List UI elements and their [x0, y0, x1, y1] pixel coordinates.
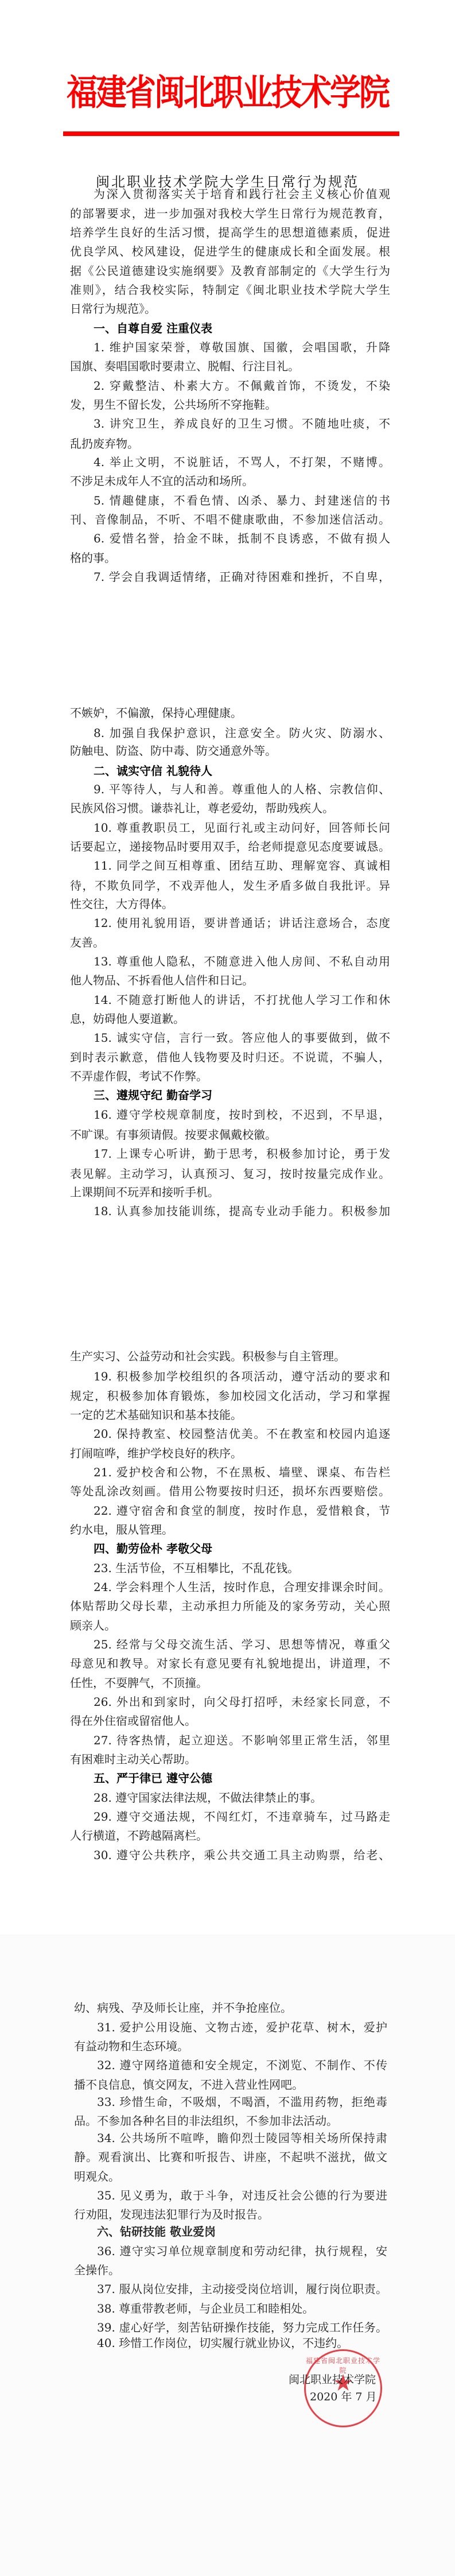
text-line: 37. 服从岗位安排，主动接受岗位培训，履行岗位职责。	[97, 2279, 387, 2299]
text-line: 36. 遵守实习单位规章制度和劳动纪律，执行规程，安	[97, 2241, 387, 2261]
text-line: 28. 遵守国家法律法规，不做法律禁止的事。	[94, 1788, 322, 1807]
text-line: 27. 待客热情，起立迎送。不影响邻里正常生活，邻里	[94, 1731, 390, 1750]
text-line: 优良学风、校风建设，促进学生的健康成长和全面发展。根	[70, 242, 390, 261]
text-line: 19. 积极参加学校组织的各项活动，遵守活动的要求和	[94, 1367, 390, 1386]
text-line: 有困难时主动关心帮助。	[70, 1749, 196, 1769]
text-line: 1. 维护国家荣誉，尊敬国旗、国徽，会唱国歌，升降	[94, 337, 390, 357]
text-line: 不弄虚作假，考试不作弊。	[70, 1066, 208, 1086]
text-line: 29. 遵守交通法规，不闯红灯，不违章骑车，过马路走	[94, 1807, 390, 1826]
text-line: 他人物品、不拆看他人信件和日记。	[70, 971, 254, 990]
text-line: 不嫉妒，不偏激，保持心理健康。	[70, 703, 242, 723]
text-line: 息，妨碍他人要道歉。	[70, 1009, 185, 1029]
text-line: 顾亲人。	[70, 1616, 116, 1635]
text-line: 发，男生不留长发，公共场所不穿拖鞋。	[70, 395, 277, 414]
text-line: 23. 生活节俭，不互相攀比，不乱花钱。	[94, 1558, 299, 1578]
text-line: 18. 认真参加技能训练，提高专业动手能力。积极参加	[94, 1201, 390, 1221]
text-line: 不涉足未成年人不宜的活动和场所。	[70, 471, 254, 491]
section-heading: 三、遵规守纪 勤奋学习	[94, 1085, 212, 1105]
text-line: 有益动物和生态环境。	[74, 2036, 189, 2056]
text-line: 20. 保持教室、校园整洁优美。不在教室和校园内追逐	[94, 1424, 390, 1444]
text-line: 13. 尊重他人隐私，不随意进入他人房间、不私自动用	[94, 952, 390, 971]
text-line: 15. 诚实守信，言行一致。答应他人的事要做到，做不	[94, 1028, 390, 1048]
text-line: 乱扔废弃物。	[70, 434, 139, 453]
text-line: 8. 加强自我保护意识，注意安全。防火灾、防溺水、	[94, 723, 390, 743]
text-line: 性交往，大方得体。	[70, 894, 173, 914]
text-line: 格的事。	[70, 548, 116, 568]
signature-date: 2020 年 7 月	[310, 2388, 377, 2404]
text-line: 17. 上课专心听讲，勤于思考，积极参加讨论，勇于发	[94, 1144, 390, 1163]
section-heading: 一、自尊自爱 注重仪表	[94, 319, 212, 338]
text-line: 待，不欺负同学，不戏弄他人，发生矛盾多做自我批评。异	[70, 876, 390, 895]
text-line: 14. 不随意打断他人的讲话，不打扰他人学习工作和休	[94, 990, 390, 1010]
text-line: 行劝阻，发现违法犯罪行为及时报告。	[74, 2205, 269, 2224]
text-line: 民族风俗习惯。谦恭礼让，尊老爱幼，帮助残疾人。	[70, 798, 334, 818]
text-line: 21. 爱护校舍和公物，不在黑板、墙壁、课桌、布告栏	[94, 1462, 390, 1482]
text-line: 24. 学会料理个人生活，按时作息，合理安排课余时间。	[94, 1577, 390, 1597]
text-line: 10. 尊重教职员工，见面行礼或主动问好，回答师长问	[94, 818, 390, 837]
text-line: 日常行为规范》。	[70, 299, 156, 319]
text-line: 到时表示歉意，借他人钱物要及时归还。不说谎，不骗人，	[70, 1048, 390, 1067]
text-line: 上课期间不玩弄和接听手机。	[70, 1182, 219, 1202]
section-heading: 六、钻研技能 敬业爱岗	[97, 2222, 216, 2241]
text-line: 话要起立，递接物品时要用双手，给老师提意见态度要诚恳。	[70, 837, 390, 856]
text-line: 国旗、奏唱国歌时要肃立、脱帽、行注目礼。	[70, 356, 300, 376]
text-line: 据《公民道德建设实施纲要》及教育部制定的《大学生行为	[70, 261, 390, 281]
text-line: 刊、音像制品，不听、不唱不健康歌曲，不参加迷信活动。	[70, 510, 390, 529]
text-line: 3. 讲究卫生，养成良好的卫生习惯。不随地吐痰，不	[94, 414, 390, 433]
text-line: 任性，不耍脾气，不顶撞。	[70, 1673, 208, 1693]
text-line: 31. 爱护公用设施、文物古迹，爱护花草、树木，爱护	[97, 2018, 387, 2037]
text-line: 7. 学会自我调适情绪，正确对待困难和挫折，不自卑，	[94, 567, 390, 587]
text-line: 等处乱涂改刻画。借用公物要按时归还，损坏东西要赔偿。	[70, 1481, 390, 1501]
text-line: 2. 穿戴整洁、朴素大方。不佩戴首饰，不烫发，不染	[94, 376, 390, 395]
text-line: 打闹喧哗，维护学校良好的秩序。	[70, 1444, 242, 1463]
text-line: 幼、病残、孕及师长让座，并不争抢座位。	[74, 1998, 292, 2018]
text-line: 母意见和教导。对家长有意见要有礼貌地提出，讲道理，不	[70, 1654, 390, 1673]
text-line: 26. 外出和到家时，向父母打招呼，未经家长同意，不	[94, 1692, 390, 1712]
text-line: 5. 情趣健康，不看色情、凶杀、暴力、封建迷信的书	[94, 491, 390, 510]
text-line: 全操作。	[74, 2260, 120, 2280]
text-line: 33. 珍惜生命，不吸烟，不喝酒，不滥用药物，拒绝毒	[97, 2092, 387, 2112]
text-line: 为深入贯彻落实关于培育和践行社会主义核心价值观	[94, 184, 390, 204]
text-line: 25. 经常与父母交流生活、学习、思想等情况，尊重父	[94, 1635, 390, 1654]
section-heading: 四、勤劳俭朴 孝敬父母	[94, 1539, 212, 1558]
text-line: 表见解。主动学习，认真预习、复习，按时按量完成作业。	[70, 1164, 390, 1184]
text-line: 30. 遵守公共秩序，乘公共交通工具主动购票，给老、	[94, 1845, 390, 1865]
text-line: 32. 遵守网络道德和安全规定，不浏览、不制作、不传	[97, 2055, 387, 2075]
text-line: 明观众。	[74, 2167, 120, 2186]
text-line: 9. 平等待人，与人和善。尊重他人的人格、宗教信仰、	[94, 779, 390, 799]
text-line: 38. 尊重带教老师，与企业员工和睦相处。	[97, 2299, 314, 2318]
letterhead-red-rule	[63, 131, 399, 136]
text-line: 体贴帮助父母长辈，主动承担力所能及的家务劳动，关心照	[70, 1596, 390, 1616]
section-heading: 二、诚实守信 礼貌待人	[94, 761, 212, 781]
text-line: 不旷课。有事须请假。按要求佩戴校徽。	[70, 1125, 277, 1145]
text-line: 一定的艺术基础知识和基本技能。	[70, 1405, 242, 1425]
text-line: 品。不参加各种名目的非法组织，不参加非法活动。	[74, 2111, 338, 2131]
text-line: 培养学生良好的生活习惯，提高学生的思想道德素质，促进	[70, 223, 390, 242]
text-line: 40. 珍惜工作岗位，切实履行就业协议，不违约。	[97, 2333, 348, 2353]
text-line: 生产实习、公益劳动和社会实践。积极参与自主管理。	[70, 1347, 345, 1366]
text-line: 规定，积极参加体育锻炼，参加校园文化活动，学习和掌握	[70, 1386, 390, 1406]
text-line: 友善。	[70, 933, 104, 952]
text-line: 11. 同学之间互相尊重、团结互助、理解宽容、真诚相	[94, 856, 390, 875]
text-line: 35. 见义勇为，敢于斗争，对违反社会公德的行为要进	[97, 2186, 387, 2205]
text-line: 6. 爱惜名誉，拾金不昧，抵制不良诱惑，不做有损人	[94, 529, 390, 548]
text-line: 4. 举止文明，不说脏话，不骂人，不打架，不赌博。	[94, 452, 390, 472]
text-line: 约水电，服从管理。	[70, 1520, 173, 1539]
section-heading: 五、严于律已 遵守公德	[94, 1768, 212, 1788]
text-line: 22. 遵守宿舍和食堂的制度，按时作息，爱惜粮食，节	[94, 1501, 390, 1520]
text-line: 播不良信息，慎交网友，不进入营业性网吧。	[74, 2075, 304, 2094]
text-line: 人行横道，不跨越隔离栏。	[70, 1826, 208, 1845]
text-line: 的部署要求，进一步加强对我校大学生日常行为规范教育，	[70, 204, 390, 223]
text-line: 得在外住宿或留宿他人。	[70, 1711, 196, 1731]
text-line: 静。观看演出、比赛和听报告、讲座，不起哄不滋扰，做文	[74, 2147, 387, 2167]
text-line: 12. 使用礼貌用语，要讲普通话；讲话注意场合，态度	[94, 913, 390, 933]
org-letterhead-title: 福建省闽北职业技术学院	[0, 64, 455, 115]
text-line: 16. 遵守学校规章制度，按时到校，不迟到，不早退，	[94, 1105, 390, 1124]
text-line: 34. 公共场所不喧哗，瞻仰烈士陵园等相关场所保持肃	[97, 2128, 387, 2148]
text-line: 防触电、防盗、防中毒、防交通意外等。	[70, 741, 277, 761]
signature-org: 闽北职业技术学院	[289, 2371, 376, 2387]
text-line: 准则》，结合我校实际，特制定《闽北职业技术学院大学生	[70, 280, 390, 300]
